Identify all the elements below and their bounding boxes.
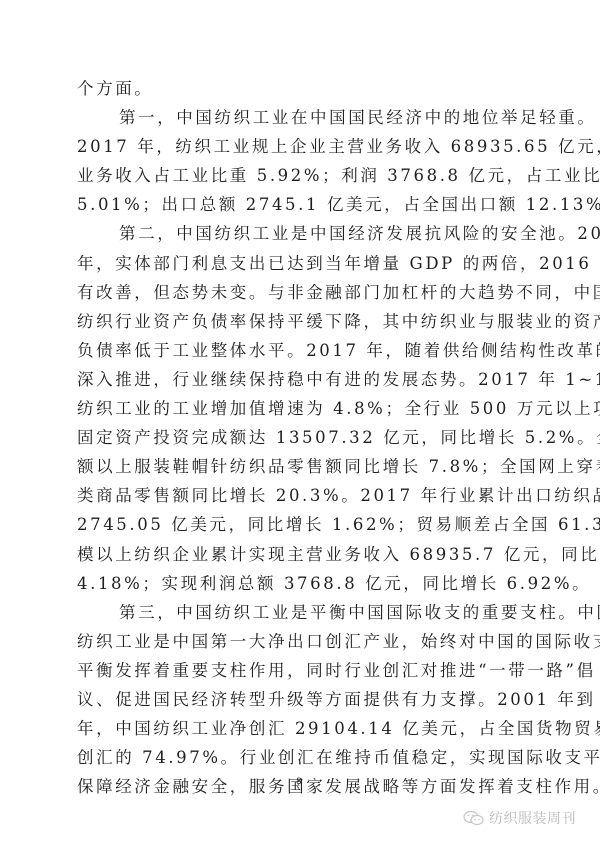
text-line: 深入推进，行业继续保持稳中有进的发展态势。2017 年 1~12 月 [77, 365, 525, 394]
text-line: 议、促进国民经济转型升级等方面提供有力支撑。2001 年到 2017 [77, 685, 525, 714]
watermark-text: 纺织服装周刊 [489, 808, 576, 828]
document-page: 个方面。第一，中国纺织工业在中国国民经济中的地位举足轻重。2017 年，纺织工业… [0, 0, 600, 848]
wechat-icon [463, 810, 485, 826]
text-line: 2017 年，纺织工业规上企业主营业务收入 68935.65 亿元，主营 [77, 132, 525, 161]
text-line: 年，中国纺织工业净创汇 29104.14 亿美元，占全国货物贸易净 [77, 714, 525, 743]
text-line: 模以上纺织企业累计实现主营业务收入 68935.7 亿元，同比增长 [77, 540, 525, 569]
text-line: 类商品零售额同比增长 20.3%。2017 年行业累计出口纺织品服装 [77, 481, 525, 510]
text-line: 年，实体部门利息支出已达到当年增量 GDP 的两倍，2016 年虽 [77, 249, 525, 278]
text-line: 5.01%；出口总额 2745.1 亿美元，占全国出口额 12.13%。 [77, 190, 525, 219]
text-line: 第二，中国纺织工业是中国经济发展抗风险的安全池。2015 [77, 219, 525, 248]
text-line: 第三，中国纺织工业是平衡中国国际收支的重要支柱。中国 [77, 598, 525, 627]
text-line: 纺织工业的工业增加值增速为 4.8%；全行业 500 万元以上项目 [77, 394, 525, 423]
text-line: 2745.05 亿美元，同比增长 1.62%；贸易顺差占全国 61.33%。规 [77, 510, 525, 539]
text-line: 4.18%；实现利润总额 3768.8 亿元，同比增长 6.92%。 [77, 569, 525, 598]
page-number: 8 [296, 777, 302, 787]
text-line: 有改善，但态势未变。与非金融部门加杠杆的大趋势不同，中国 [77, 278, 525, 307]
text-line: 第一，中国纺织工业在中国国民经济中的地位举足轻重。 [77, 103, 525, 132]
text-line: 负债率低于工业整体水平。2017 年，随着供给侧结构性改革的 [77, 336, 525, 365]
text-line: 平衡发挥着重要支柱作用，同时行业创汇对推进“一带一路”倡 [77, 656, 525, 685]
watermark: 纺织服装周刊 [463, 808, 576, 828]
text-line: 创汇的 74.97%。行业创汇在维持币值稳定，实现国际收支平衡， [77, 743, 525, 772]
text-line: 固定资产投资完成额达 13507.32 亿元，同比增长 5.2%。全国限 [77, 423, 525, 452]
body-text: 个方面。第一，中国纺织工业在中国国民经济中的地位举足轻重。2017 年，纺织工业… [77, 74, 525, 801]
text-line: 额以上服装鞋帽针纺织品零售额同比增长 7.8%；全国网上穿着 [77, 452, 525, 481]
text-line: 业务收入占工业比重 5.92%；利润 3768.8 亿元，占工业比重 [77, 161, 525, 190]
text-line: 纺织工业是中国第一大净出口创汇产业，始终对中国的国际收支 [77, 627, 525, 656]
text-line: 个方面。 [77, 74, 525, 103]
text-line: 纺织行业资产负债率保持平缓下降，其中纺织业与服装业的资产 [77, 307, 525, 336]
